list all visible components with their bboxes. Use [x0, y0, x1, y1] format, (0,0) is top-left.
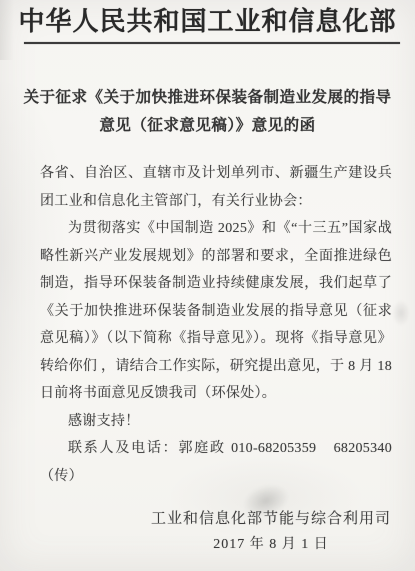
- document-title-line2: 意见（征求意见稿）》意见的函: [12, 112, 403, 140]
- salutation: 各省、自治区、直辖市及计划单列市、新疆生产建设兵团工业和信息化主管部门，有关行业…: [40, 160, 392, 215]
- document-title: 关于征求《关于加快推进环保装备制造业发展的指导 意见（征求意见稿）》意见的函: [12, 84, 403, 139]
- scan-smudge: [392, 300, 410, 326]
- thanks-line: 感谢支持！: [40, 408, 392, 436]
- document-title-line1: 关于征求《关于加快推进环保装备制造业发展的指导: [12, 84, 403, 112]
- signature-date: 2017 年 8 月 1 日: [151, 535, 391, 555]
- issuer-masthead: 中华人民共和国工业和信息化部: [0, 4, 415, 40]
- signature-org: 工业和信息化部节能与综合利用司: [151, 508, 391, 530]
- letter-body: 各省、自治区、直辖市及计划单列市、新疆生产建设兵团工业和信息化主管部门，有关行业…: [40, 160, 392, 490]
- signature-block: 工业和信息化部节能与综合利用司 2017 年 8 月 1 日: [151, 508, 391, 555]
- masthead-divider: [24, 42, 400, 44]
- scanned-letter-page: 中华人民共和国工业和信息化部 关于征求《关于加快推进环保装备制造业发展的指导 意…: [0, 0, 415, 571]
- main-paragraph: 为贯彻落实《中国制造 2025》和《“十三五”国家战略性新兴产业发展规划》的部署…: [40, 215, 392, 408]
- contact-line: 联系人及电话：郭庭政 010-68205359 68205340（传）: [40, 435, 392, 490]
